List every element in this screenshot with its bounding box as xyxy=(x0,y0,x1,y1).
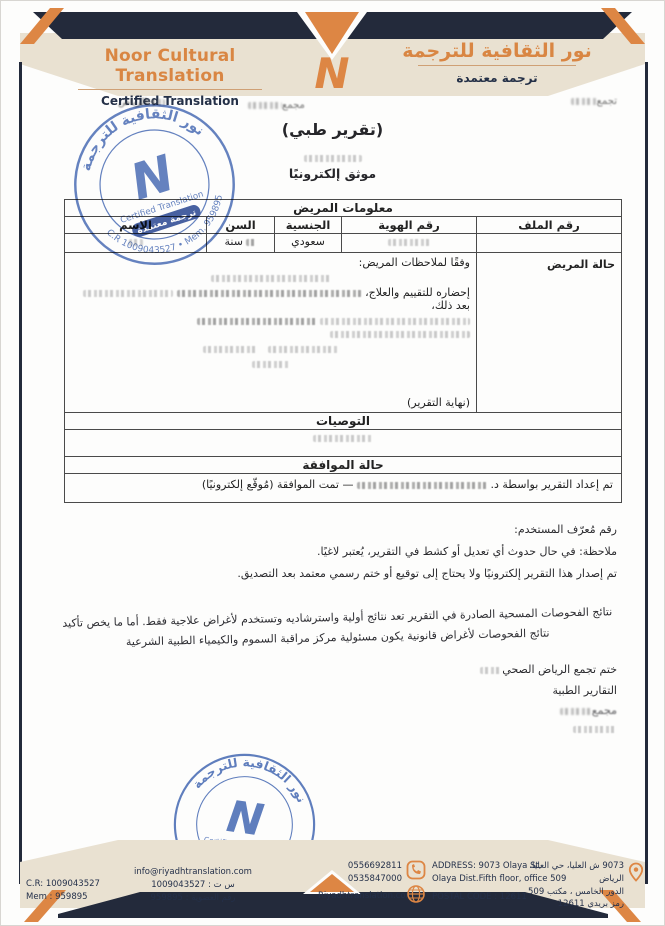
condition-sentence: إحضاره للتقييم والعلاج، بعد ذلك، xyxy=(71,286,470,312)
brand-block-arabic: نور الثقافية للترجمة ترجمة معتمدة xyxy=(392,40,602,85)
screening-disclaimer: نتائج الفحوصات المسحية الصادرة في التقري… xyxy=(60,602,616,654)
note-amendment: ملاحظة: في حال حدوث أي تعديل أو كشط في ا… xyxy=(317,545,617,558)
cluster-seal-line: ختم تجمع الرياض الصحي xyxy=(480,663,617,676)
left-border-line xyxy=(19,62,22,884)
footer-email: info@riyadhtranslation.com xyxy=(118,866,268,879)
globe-icon xyxy=(406,884,426,904)
redacted-line xyxy=(71,357,470,370)
brand-divider xyxy=(78,89,262,90)
medical-reports-line: التقارير الطبية xyxy=(552,684,617,697)
end-of-report-note: (نهاية التقرير) xyxy=(71,396,470,409)
redacted-line xyxy=(71,314,470,340)
right-border-line xyxy=(645,62,648,884)
approval-statement: تم إعداد التقرير بواسطة د. — تمت الموافق… xyxy=(65,474,622,503)
patient-condition-label: حالة المريض xyxy=(477,253,622,413)
file-number-value xyxy=(477,234,622,253)
brand-name-ar: نور الثقافية للترجمة xyxy=(392,40,602,62)
footer-website: Riyadhtranslation.com xyxy=(318,890,402,903)
col-nationality: الجنسية xyxy=(275,217,342,234)
col-file-number: رقم الملف xyxy=(477,217,622,234)
location-pin-icon xyxy=(626,862,646,882)
footer-email-block: info@riyadhtranslation.com س ت : 1009043… xyxy=(118,866,268,904)
phone-icon xyxy=(406,860,426,880)
brand-divider xyxy=(418,65,576,66)
footer-phones: 05566928110535847000 Riyadhtranslation.c… xyxy=(318,860,402,902)
footer-address-ar: 9073 ش العليا، حي العليا، الرياضالدور ال… xyxy=(528,860,624,911)
redacted-line xyxy=(71,342,470,355)
annotation-top-center: مجمع xyxy=(248,100,305,111)
complex-line: مجمع xyxy=(560,704,617,717)
scanned-document-page: Noor Cultural Translation Certified Tran… xyxy=(0,0,665,926)
footer-mem-ar: رقم العضوية : 959895 xyxy=(118,892,268,905)
brand-name-en: Noor Cultural Translation xyxy=(60,46,280,86)
user-id-label: رقم مُعرّف المستخدم: xyxy=(514,523,617,536)
annotation-top-right: تجمع xyxy=(571,96,617,107)
recommendations-cell xyxy=(65,430,622,457)
redacted-line xyxy=(573,722,617,735)
id-number-value xyxy=(342,234,477,253)
footer-cr-ar: س ت : 1009043527 xyxy=(118,879,268,892)
brand-logo-n-icon: N xyxy=(306,52,358,96)
recommendations-header: التوصيات xyxy=(65,413,622,430)
footer-cr-en: C.R: 1009043527Mem : 959895 xyxy=(26,878,100,904)
note-electronic-issue: تم إصدار هذا التقرير إلكترونيًا ولا يحتا… xyxy=(237,567,617,580)
approval-header: حالة الموافقة xyxy=(65,457,622,474)
nationality-value: سعودي xyxy=(275,234,342,253)
brand-tagline-ar: ترجمة معتمدة xyxy=(392,71,602,85)
col-id-number: رقم الهوية xyxy=(342,217,477,234)
